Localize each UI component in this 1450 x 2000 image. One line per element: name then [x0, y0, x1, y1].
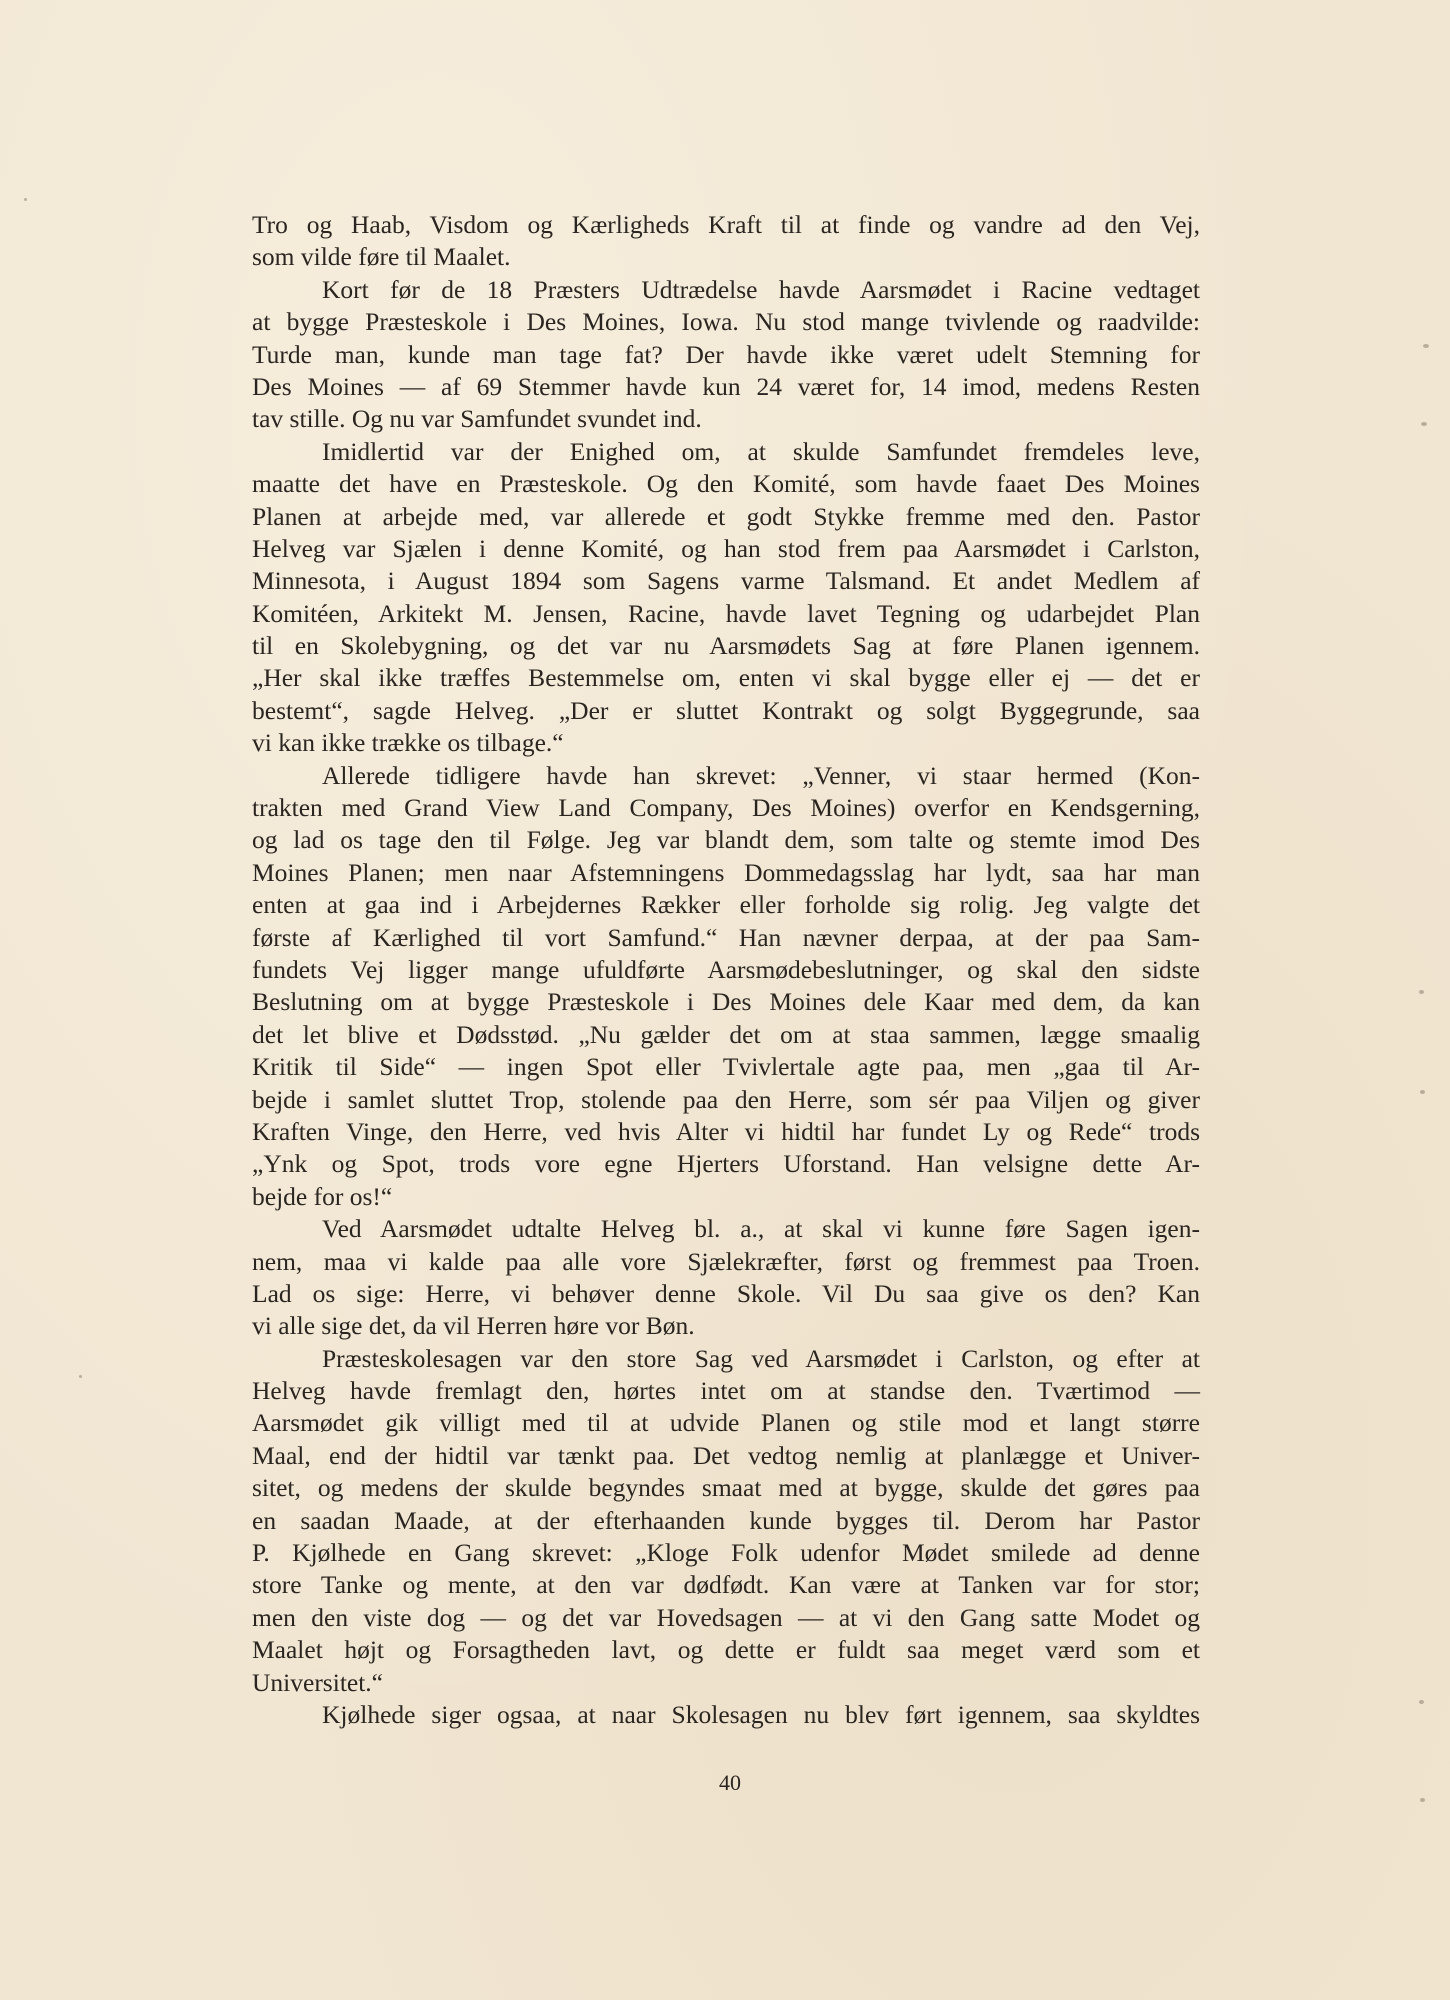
text-line: og lad os tage den til Følge. Jeg var bl…	[252, 824, 1200, 856]
text-line: store Tanke og mente, at den var dødfødt…	[252, 1569, 1200, 1601]
text-line: tav stille. Og nu var Samfundet svundet …	[252, 403, 1200, 435]
text-line: Helveg var Sjælen i denne Komité, og han…	[252, 533, 1200, 565]
scan-speck	[24, 198, 27, 201]
paragraph: Kjølhede siger ogsaa, at naar Skolesagen…	[252, 1699, 1200, 1731]
scan-speck	[79, 1375, 82, 1378]
paragraph: Ved Aarsmødet udtalte Helveg bl. a., at …	[252, 1213, 1200, 1343]
text-line: Ved Aarsmødet udtalte Helveg bl. a., at …	[252, 1213, 1200, 1245]
text-line: bejde for os!“	[252, 1181, 1200, 1213]
text-line: Lad os sige: Herre, vi behøver denne Sko…	[252, 1278, 1200, 1310]
text-line: „Her skal ikke træffes Bestemmelse om, e…	[252, 662, 1200, 694]
text-line: vi alle sige det, da vil Herren høre vor…	[252, 1310, 1200, 1342]
paragraph: Tro og Haab, Visdom og Kærligheds Kraft …	[252, 209, 1200, 274]
text-line: Allerede tidligere havde han skrevet: „V…	[252, 760, 1200, 792]
text-line: Kraften Vinge, den Herre, ved hvis Alter…	[252, 1116, 1200, 1148]
scan-speck	[1423, 344, 1429, 348]
text-line: Turde man, kunde man tage fat? Der havde…	[252, 339, 1200, 371]
text-line: P. Kjølhede en Gang skrevet: „Kloge Folk…	[252, 1537, 1200, 1569]
text-line: Moines Planen; men naar Afstemningens Do…	[252, 857, 1200, 889]
text-line: Maal, end der hidtil var tænkt paa. Det …	[252, 1440, 1200, 1472]
paragraph: Allerede tidligere havde han skrevet: „V…	[252, 760, 1200, 1213]
text-line: enten at gaa ind i Arbejdernes Rækker el…	[252, 889, 1200, 921]
text-line: første af Kærlighed til vort Samfund.“ H…	[252, 922, 1200, 954]
text-line: Kritik til Side“ — ingen Spot eller Tviv…	[252, 1051, 1200, 1083]
text-line: Aarsmødet gik villigt med til at udvide …	[252, 1407, 1200, 1439]
text-line: Kort før de 18 Præsters Udtrædelse havde…	[252, 274, 1200, 306]
scan-speck	[1421, 422, 1427, 426]
text-line: fundets Vej ligger mange ufuldførte Aars…	[252, 954, 1200, 986]
text-line: maatte det have en Præsteskole. Og den K…	[252, 468, 1200, 500]
text-line: en saadan Maade, at der efterhaanden kun…	[252, 1505, 1200, 1537]
text-line: bestemt“, sagde Helveg. „Der er sluttet …	[252, 695, 1200, 727]
scan-speck	[1419, 1700, 1424, 1704]
text-line: Maalet højt og Forsagtheden lavt, og det…	[252, 1634, 1200, 1666]
text-line: Minnesota, i August 1894 som Sagens varm…	[252, 565, 1200, 597]
text-line: bejde i samlet sluttet Trop, stolende pa…	[252, 1084, 1200, 1116]
text-line: Kjølhede siger ogsaa, at naar Skolesagen…	[252, 1699, 1200, 1731]
text-line: Beslutning om at bygge Præsteskole i Des…	[252, 986, 1200, 1018]
text-line: Des Moines — af 69 Stemmer havde kun 24 …	[252, 371, 1200, 403]
text-line: Tro og Haab, Visdom og Kærligheds Kraft …	[252, 209, 1200, 241]
text-line: men den viste dog — og det var Hovedsage…	[252, 1602, 1200, 1634]
scan-speck	[1420, 1798, 1425, 1802]
text-line: nem, maa vi kalde paa alle vore Sjælekræ…	[252, 1246, 1200, 1278]
text-line: Universitet.“	[252, 1667, 1200, 1699]
paragraph: Præsteskolesagen var den store Sag ved A…	[252, 1343, 1200, 1699]
text-line: Komitéen, Arkitekt M. Jensen, Racine, ha…	[252, 598, 1200, 630]
text-line: „Ynk og Spot, trods vore egne Hjerters U…	[252, 1148, 1200, 1180]
text-line: sitet, og medens der skulde begyndes sma…	[252, 1472, 1200, 1504]
page-number: 40	[700, 1770, 760, 1796]
text-line: at bygge Præsteskole i Des Moines, Iowa.…	[252, 306, 1200, 338]
text-line: til en Skolebygning, og det var nu Aarsm…	[252, 630, 1200, 662]
text-line: Imidlertid var der Enighed om, at skulde…	[252, 436, 1200, 468]
scanned-book-page: Tro og Haab, Visdom og Kærligheds Kraft …	[0, 0, 1450, 2000]
text-line: vi kan ikke trække os tilbage.“	[252, 727, 1200, 759]
text-line: Præsteskolesagen var den store Sag ved A…	[252, 1343, 1200, 1375]
body-text: Tro og Haab, Visdom og Kærligheds Kraft …	[252, 209, 1200, 1731]
paragraph: Imidlertid var der Enighed om, at skulde…	[252, 436, 1200, 760]
scan-speck	[1419, 990, 1424, 994]
text-line: som vilde føre til Maalet.	[252, 241, 1200, 273]
text-line: Planen at arbejde med, var allerede et g…	[252, 501, 1200, 533]
paragraph: Kort før de 18 Præsters Udtrædelse havde…	[252, 274, 1200, 436]
text-line: trakten med Grand View Land Company, Des…	[252, 792, 1200, 824]
scan-speck	[1420, 1090, 1425, 1094]
text-line: det let blive et Dødsstød. „Nu gælder de…	[252, 1019, 1200, 1051]
text-line: Helveg havde fremlagt den, hørtes intet …	[252, 1375, 1200, 1407]
